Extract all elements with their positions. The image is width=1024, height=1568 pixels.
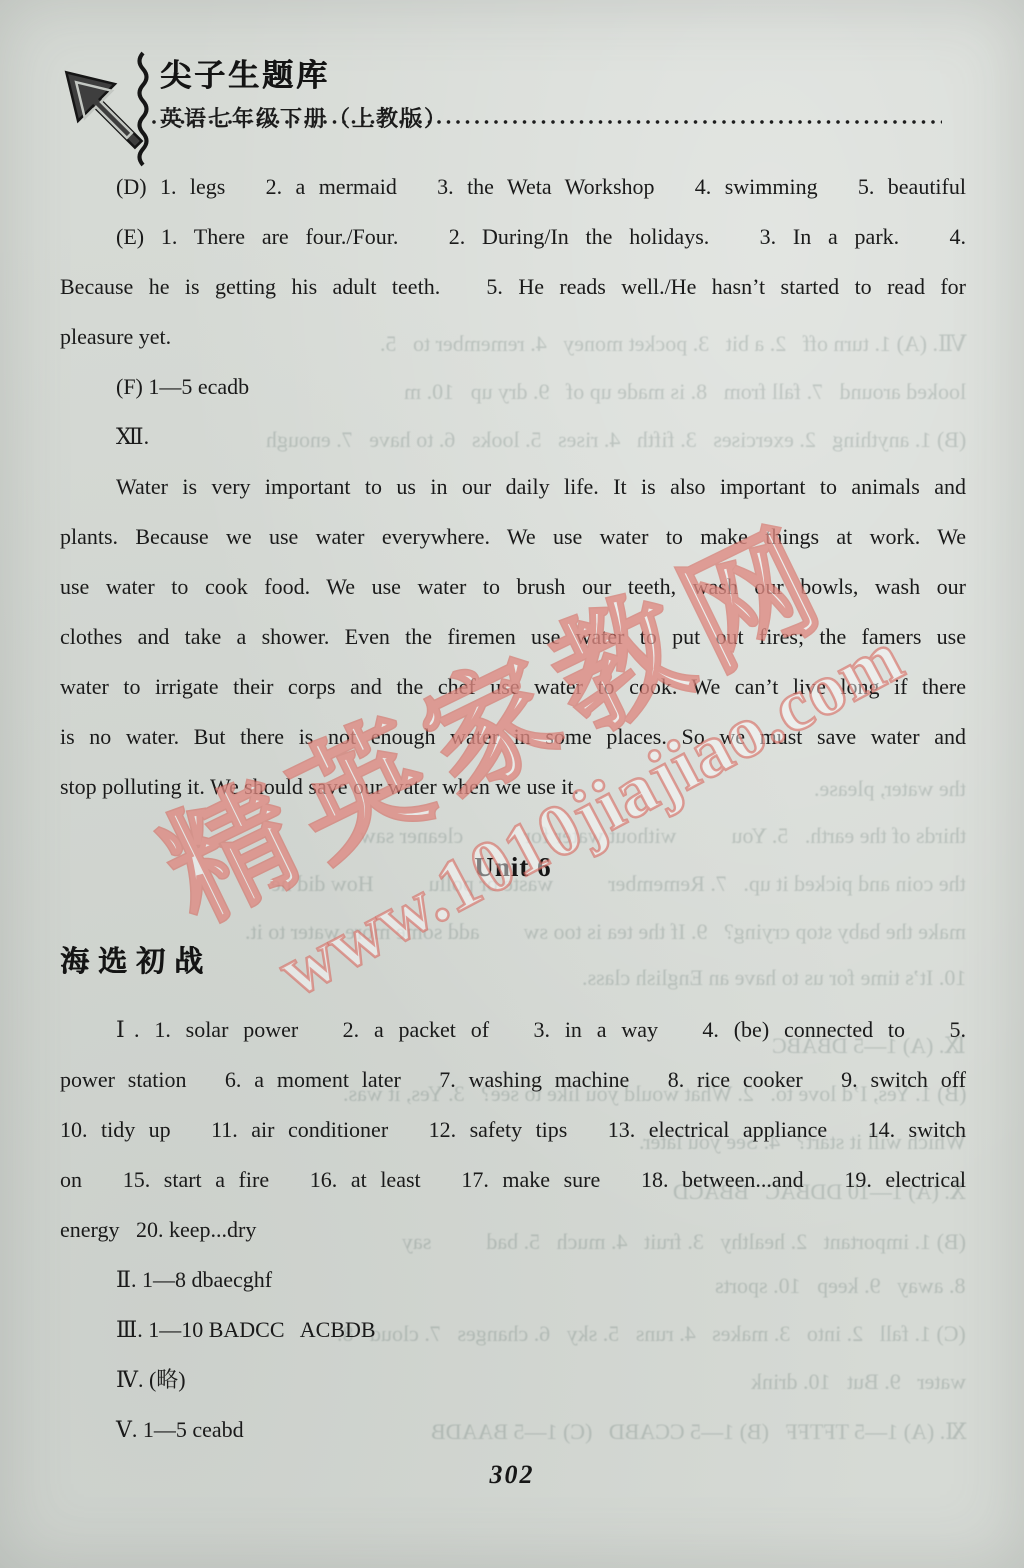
text-line: is no water. But there is not enough wat…: [60, 712, 966, 762]
page-number: 302: [0, 1460, 1024, 1490]
text-line: (D) 1. legs 2. a mermaid 3. the Weta Wor…: [60, 162, 966, 212]
text-line: Ⅱ. 1—8 dbaecghf: [60, 1255, 966, 1305]
text-line: energy 20. keep...dry: [60, 1205, 966, 1255]
text-line: pleasure yet.: [60, 312, 966, 362]
text-line: water to irrigate their corps and the ch…: [60, 662, 966, 712]
text-line: Water is very important to us in our dai…: [60, 462, 966, 512]
text-line: clothes and take a shower. Even the fire…: [60, 612, 966, 662]
text-line: plants. Because we use water everywhere.…: [60, 512, 966, 562]
text-line: Ⅰ. 1. solar power 2. a packet of 3. in a…: [60, 1005, 966, 1055]
text-line: power station 6. a moment later 7. washi…: [60, 1055, 966, 1105]
scanned-book-page: Ⅶ. (A) 1. turn off 2. a bit 3. pocket mo…: [0, 0, 1024, 1568]
section-heading: 海选初战: [60, 937, 966, 987]
text-line: Ⅲ. 1—10 BADCC ACBDB: [60, 1305, 966, 1355]
content: (D) 1. legs 2. a mermaid 3. the Weta Wor…: [60, 162, 966, 1455]
text-line: 10. tidy up 11. air conditioner 12. safe…: [60, 1105, 966, 1155]
text-line: stop polluting it. We should save our wa…: [60, 762, 966, 812]
unit-heading: Unit 6: [60, 842, 966, 892]
text-line: (E) 1. There are four./Four. 2. During/I…: [60, 212, 966, 262]
text-line: Ⅴ. 1—5 ceabd: [60, 1405, 966, 1455]
text-line: Because he is getting his adult teeth. 5…: [60, 262, 966, 312]
text-line: on 15. start a fire 16. at least 17. mak…: [60, 1155, 966, 1205]
text-line: use water to cook food. We use water to …: [60, 562, 966, 612]
text-line: Ⅳ. (略): [60, 1355, 966, 1405]
text-line: Ⅻ.: [60, 412, 966, 462]
text-line: (F) 1—5 ecadb: [60, 362, 966, 412]
